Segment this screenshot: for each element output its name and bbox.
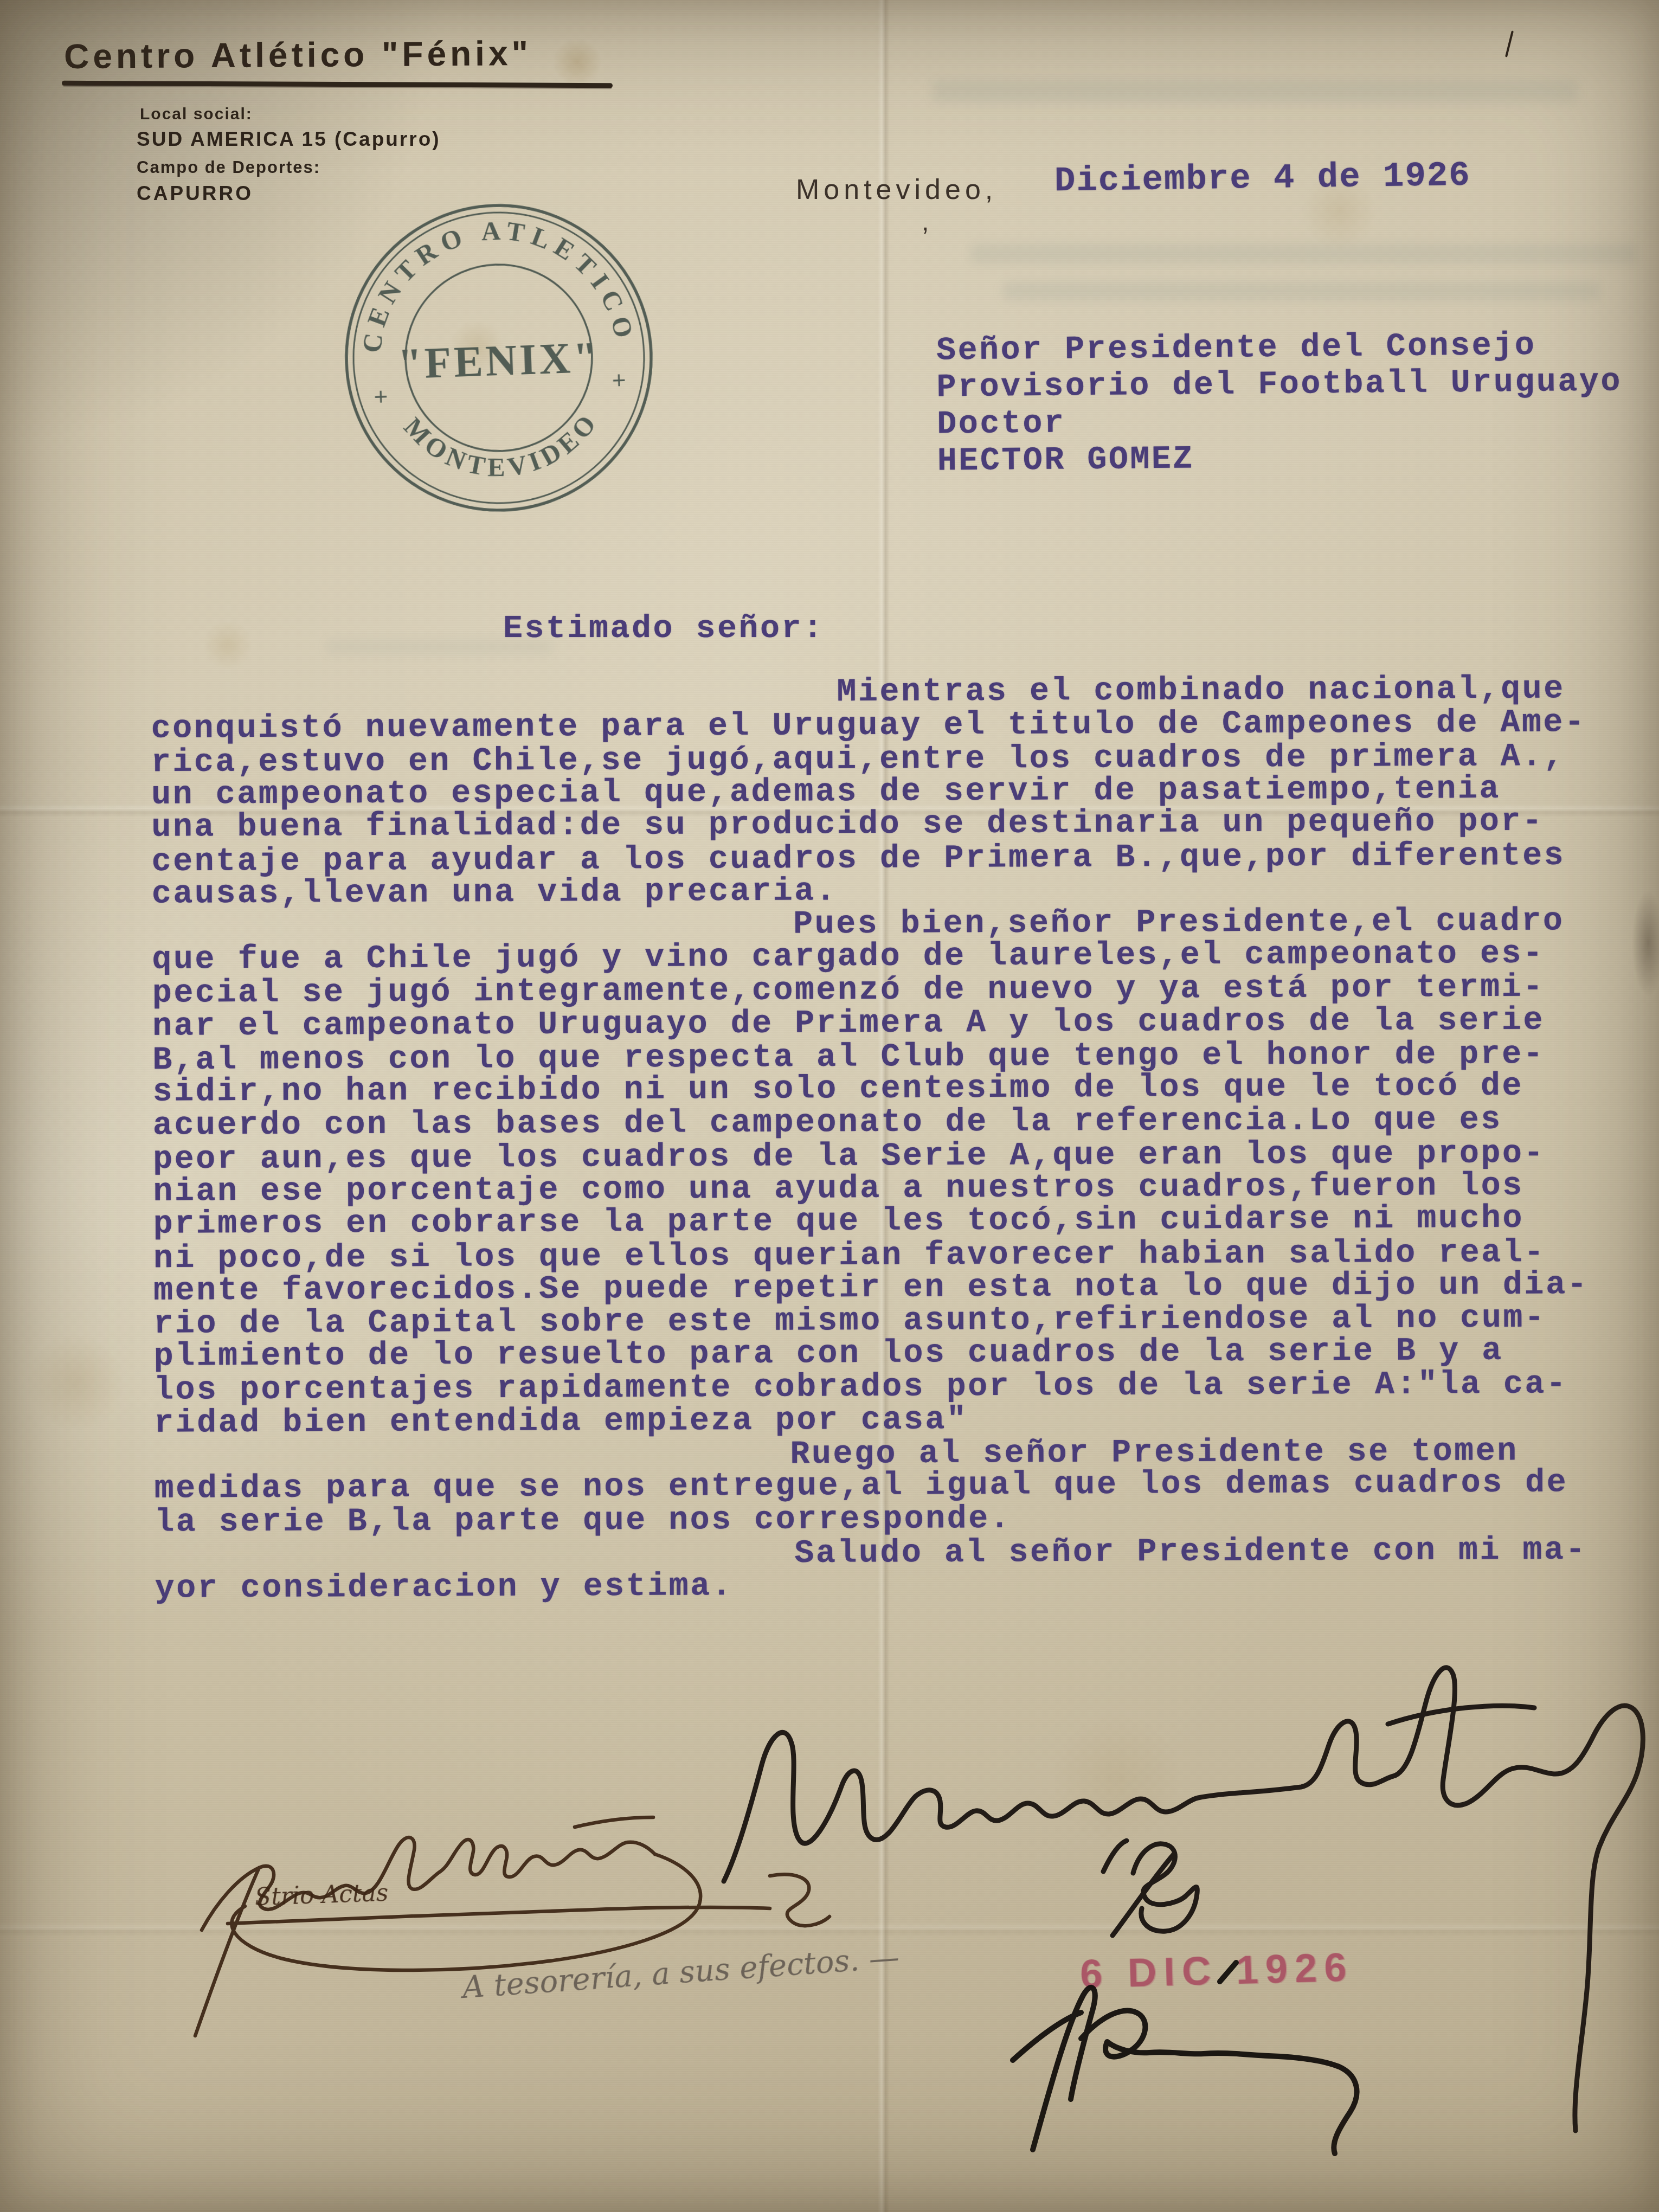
president-paraph-rubric [1103, 1841, 1197, 1935]
scanned-letter-page: Centro Atlético "Fénix" Local social: SU… [0, 0, 1659, 2212]
council-president-signature [1013, 1963, 1357, 2153]
handwriting-overlay [0, 0, 1659, 2212]
